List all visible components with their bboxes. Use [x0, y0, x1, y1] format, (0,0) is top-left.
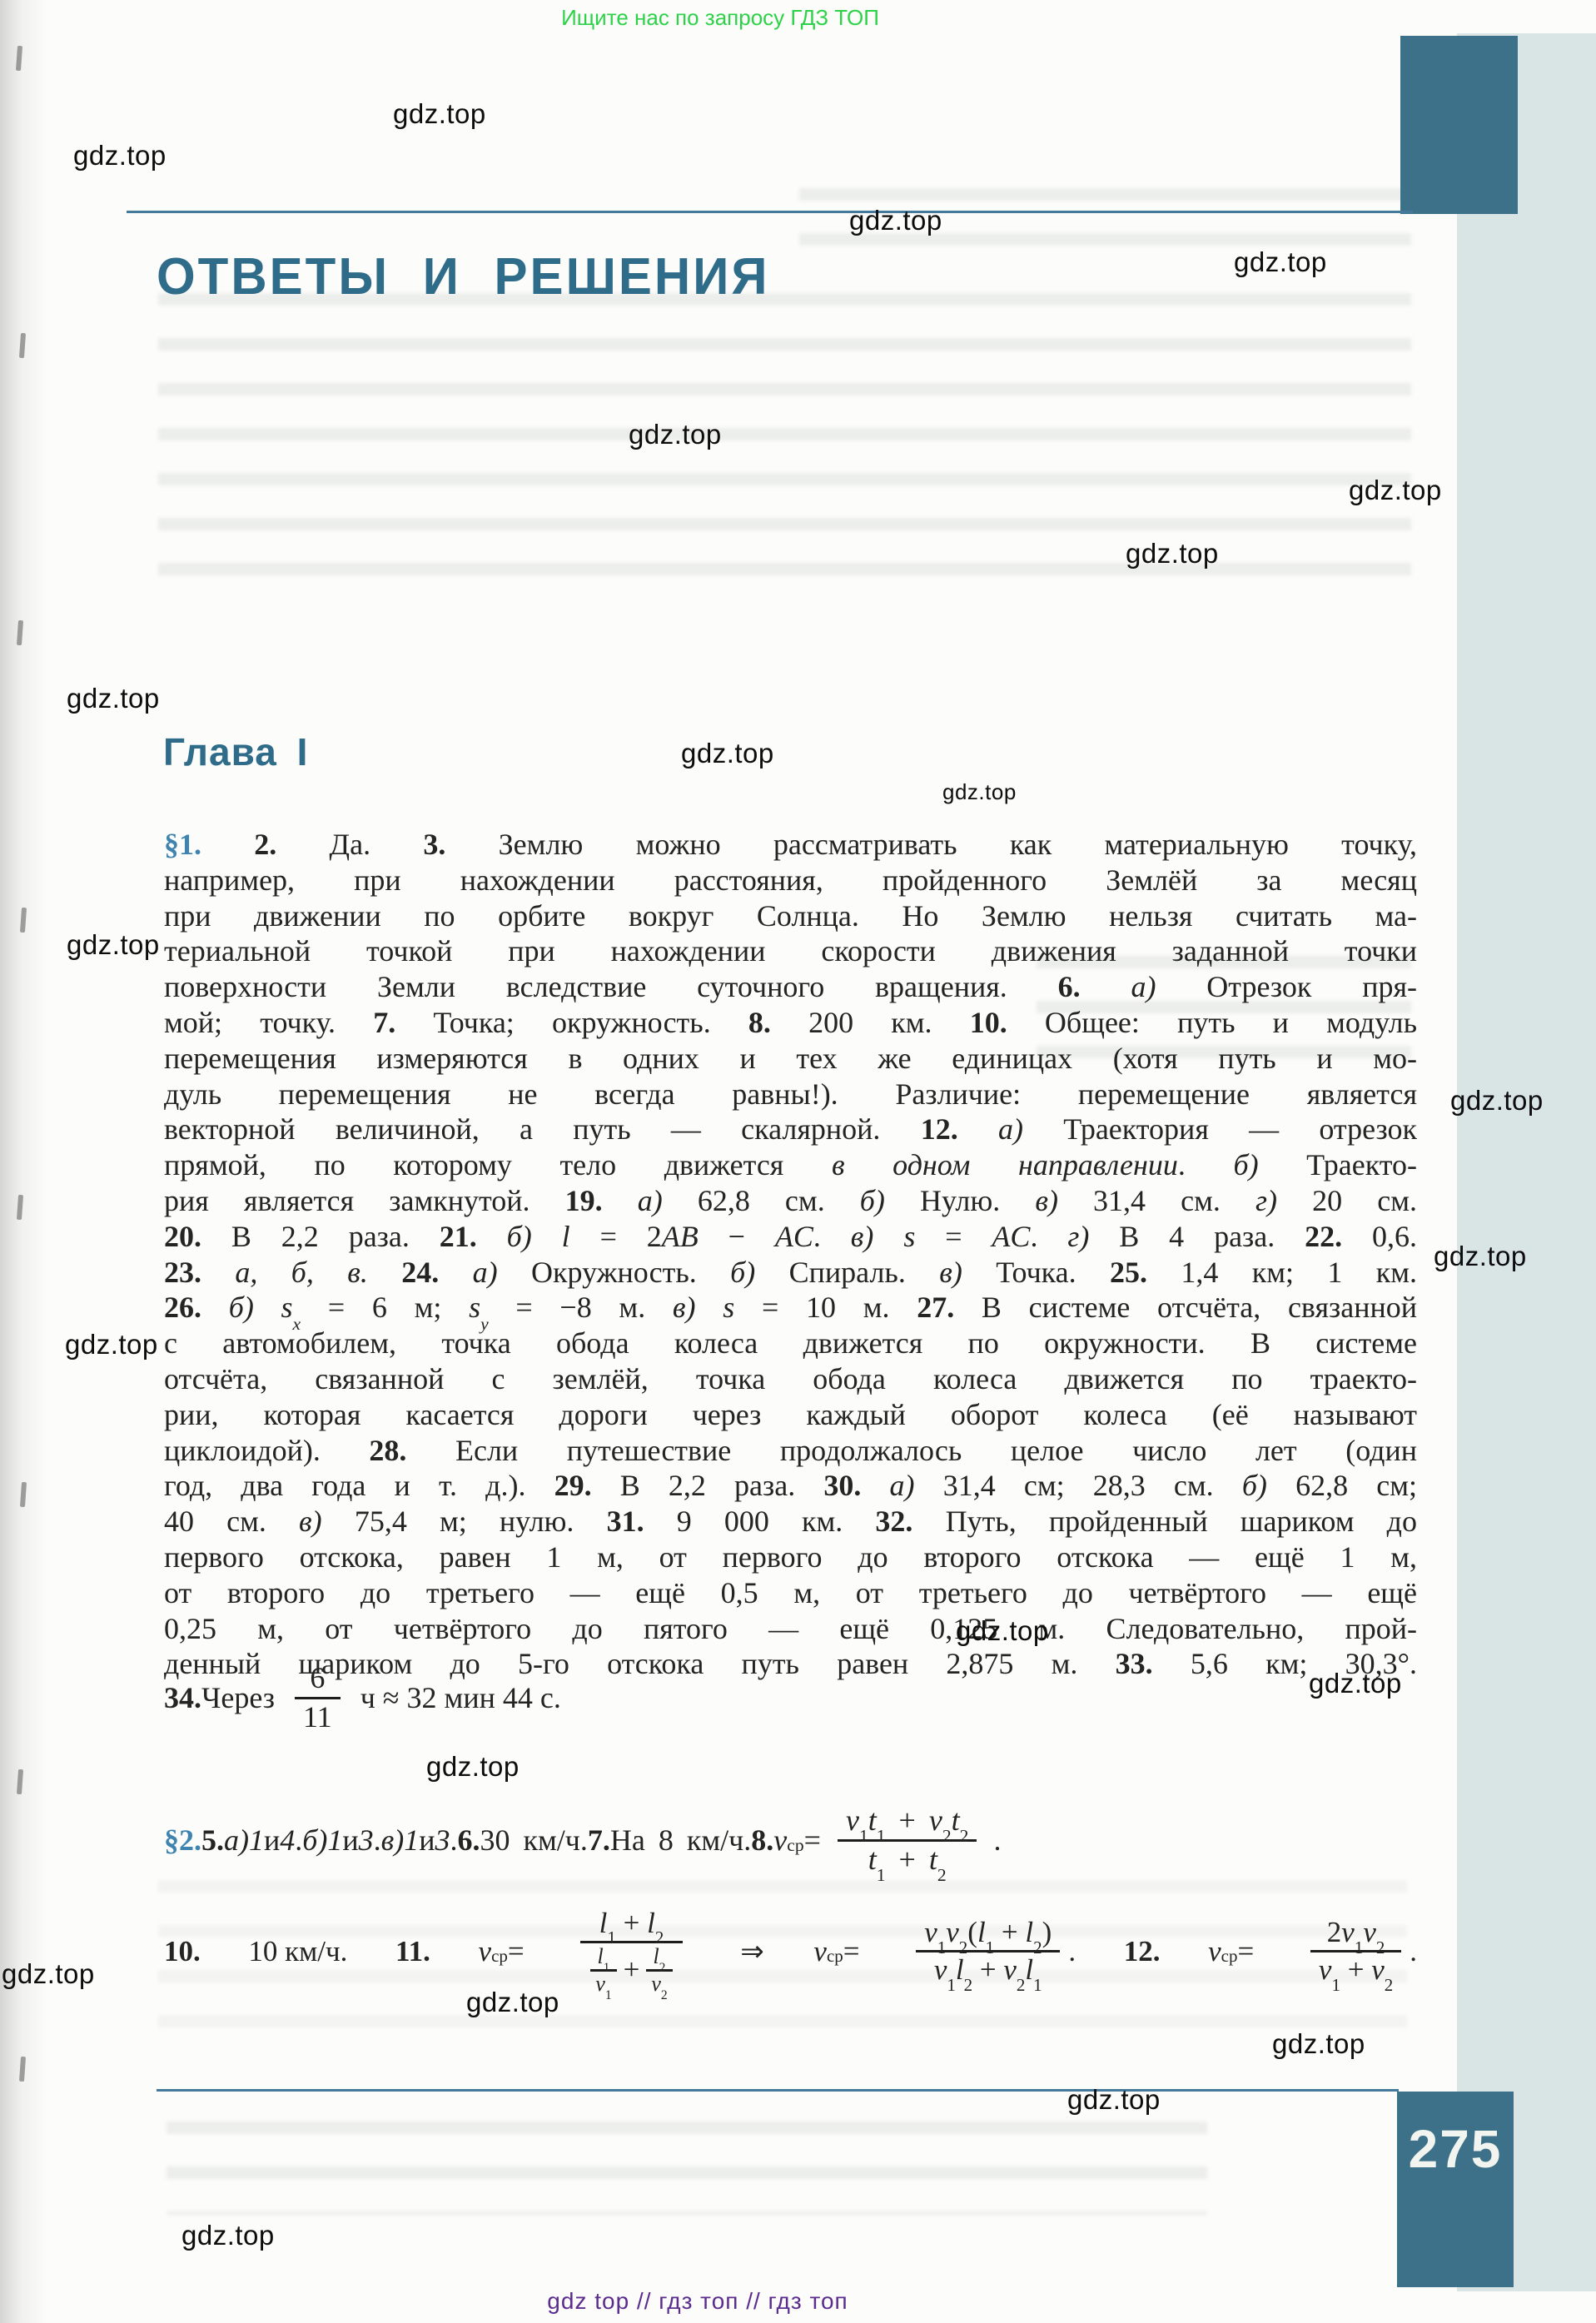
answer-line: циклоидой). 28. Если путешествие продолж… [164, 1433, 1417, 1469]
fraction-numerator: 2v1v2 [1319, 1915, 1394, 1950]
answer-11-result: v1v2(l1 + l2) v1l2 + v2l1 . [907, 1915, 1076, 1988]
watermark: gdz.top [681, 738, 774, 769]
fraction-denominator: t1 + t2 [860, 1842, 955, 1878]
answer-line: с автомобилем, точка обода колеса движет… [164, 1326, 1417, 1361]
answer-line: при движении по орбите вокруг Солнца. Но… [164, 898, 1417, 934]
answer-10-number: 10. [164, 1935, 201, 1968]
watermark: gdz.top [393, 98, 486, 130]
fraction-numerator: l1 + l2 [591, 1906, 673, 1941]
watermark: gdz.top [1272, 2028, 1365, 2060]
watermark: gdz.top [67, 929, 160, 961]
answer-line: 26. б) sx = 6 м; sy = −8 м. в) s = 10 м.… [164, 1290, 1417, 1326]
watermark: gdz.top [181, 2220, 275, 2251]
implies-arrow: ⇒ [738, 1935, 766, 1968]
answer-12-vsr: vср = [1208, 1935, 1254, 1968]
answer-10-value: 10 км/ч. [248, 1935, 347, 1968]
answer-line: векторной величиной, а путь — скалярной.… [164, 1112, 1417, 1147]
answer-line: от второго до третьего — ещё 0,5 м, от т… [164, 1575, 1417, 1611]
fraction-f11b: v1v2(l1 + l2) v1l2 + v2l1 [916, 1915, 1060, 1988]
period: . [1068, 1935, 1076, 1968]
fraction-denominator: v1l2 + v2l1 [926, 1952, 1051, 1987]
answer-line: перемещения измеряются в одних и тех же … [164, 1041, 1417, 1077]
fraction-denominator: 11 [295, 1699, 341, 1735]
right-margin-strip [1457, 33, 1596, 2291]
answer-12-number: 12. [1124, 1935, 1161, 1968]
watermark: gdz.top [426, 1751, 520, 1783]
watermark: gdz.top [629, 419, 722, 450]
answer-line: например, при нахождении расстояния, про… [164, 863, 1417, 898]
fraction-numerator: l2 [648, 1944, 670, 1969]
top-banner: Ищите нас по запросу ГДЗ ТОП [561, 5, 879, 31]
fraction-f12: 2v1v2 v1 + v2 [1310, 1915, 1401, 1988]
s2-period: . [993, 1823, 1001, 1858]
watermark: gdz.top [1126, 538, 1219, 570]
fraction-l1-v1: l1 v1 [590, 1944, 616, 1997]
answer-line: рии, которая касается дороги через кажды… [164, 1397, 1417, 1433]
fraction-numerator: v1t1 + v2t2 [838, 1803, 977, 1838]
fraction-denominator: v1 [590, 1972, 616, 1997]
watermark: gdz.top [942, 779, 1017, 805]
period: . [1410, 1935, 1417, 1968]
answer-line: мой; точку. 7. Точка; окружность. 8. 200… [164, 1005, 1417, 1041]
answer-line: прямой, по которому тело движется в одно… [164, 1147, 1417, 1183]
fraction-numerator: 6 [301, 1660, 333, 1696]
answer-line: дуль перемещения не всегда равны!). Разл… [164, 1077, 1417, 1112]
answer-line: 20. В 2,2 раза. 21. б) l = 2AB − AC. в) … [164, 1219, 1417, 1255]
fraction-l2-v2: l2 v2 [646, 1944, 672, 1997]
bleedthrough-text [158, 293, 1411, 586]
fraction-denominator: l1 v1 + l2 v2 [580, 1943, 682, 1997]
answer-11-vsr: vср = [479, 1935, 525, 1968]
bleedthrough-text [799, 188, 1411, 258]
fraction-numerator: v1v2(l1 + l2) [916, 1915, 1060, 1950]
answer-34: 34. Через 6 11 ч ≈ 32 мин 44 с. [164, 1662, 1417, 1734]
bleedthrough-text [167, 2122, 1207, 2215]
scanned-book-page: { "page": { "top_banner": "Ищите нас по … [0, 0, 1596, 2323]
answer-11-vsr2: vср = [813, 1935, 859, 1968]
chapter-heading: Глава I [163, 729, 308, 774]
s2-text: §2. 5. а) 1 и 4. б) 1 и 3. в) 1 и 3. 6. … [164, 1823, 821, 1858]
fraction-numerator: l1 [592, 1944, 614, 1969]
page-title: ОТВЕТЫ И РЕШЕНИЯ [157, 246, 769, 306]
answers-paragraph-s2: §2. 5. а) 1 и 4. б) 1 и 3. в) 1 и 3. 6. … [164, 1790, 1417, 1890]
watermark: gdz.top [1234, 246, 1327, 278]
answer-11-number: 11. [395, 1935, 430, 1968]
answer-line: 0,25 м, от четвёртого до пятого — ещё 0,… [164, 1611, 1417, 1647]
fraction-denominator: v2 [646, 1972, 672, 1997]
answer-line: первого отскока, равен 1 м, от первого д… [164, 1540, 1417, 1575]
answers-10-11-12: 10. 10 км/ч. 11. vср = l1 + l2 l1 v1 + l… [164, 1878, 1417, 2024]
watermark: gdz.top [849, 205, 942, 236]
header-corner-block [1400, 36, 1518, 214]
fraction-6-11: 6 11 [295, 1660, 341, 1735]
answer-line: поверхности Земли вследствие суточного в… [164, 969, 1417, 1005]
answer-34-suffix: ч ≈ 32 мин 44 с. [360, 1680, 561, 1715]
page-number-badge: 275 [1397, 2092, 1514, 2287]
answer-line: отсчёта, связанной с землёй, точка обода… [164, 1361, 1417, 1397]
answer-12-result: 2v1v2 v1 + v2 . [1302, 1915, 1417, 1988]
answer-line: год, два года и т. д.). 29. В 2,2 раза. … [164, 1468, 1417, 1504]
watermark: gdz.top [65, 1329, 158, 1360]
watermark: gdz.top [1349, 475, 1442, 506]
answers-paragraph-s1: §1. 2. Да. 3. Землю можно рассматривать … [164, 827, 1417, 1682]
answer-line: 23. а, б, в. 24. а) Окружность. б) Спира… [164, 1255, 1417, 1291]
answer-line: §1. 2. Да. 3. Землю можно рассматривать … [164, 827, 1417, 863]
fraction-f8: v1t1 + v2t2 t1 + t2 [838, 1803, 977, 1878]
header-divider-line [127, 211, 1413, 213]
page-number: 275 [1397, 2118, 1514, 2180]
footer-divider-line [157, 2089, 1399, 2092]
answer-line: 40 см. в) 75,4 м; нулю. 31. 9 000 км. 32… [164, 1504, 1417, 1540]
fraction-denominator: v1 + v2 [1310, 1952, 1401, 1987]
watermark: gdz.top [73, 140, 167, 172]
fraction-f11a: l1 + l2 l1 v1 + l2 v2 [580, 1906, 682, 1997]
answer-line: рия является замкнутой. 19. а) 62,8 см. … [164, 1183, 1417, 1219]
plus-sign: + [624, 1953, 640, 1987]
answer-line: териальной точкой при нахождении скорост… [164, 933, 1417, 969]
watermark: gdz.top [67, 683, 160, 714]
bottom-banner: gdz top // гдз топ // гдз топ [547, 2288, 848, 2315]
answer-34-prefix: 34. Через [164, 1680, 275, 1715]
